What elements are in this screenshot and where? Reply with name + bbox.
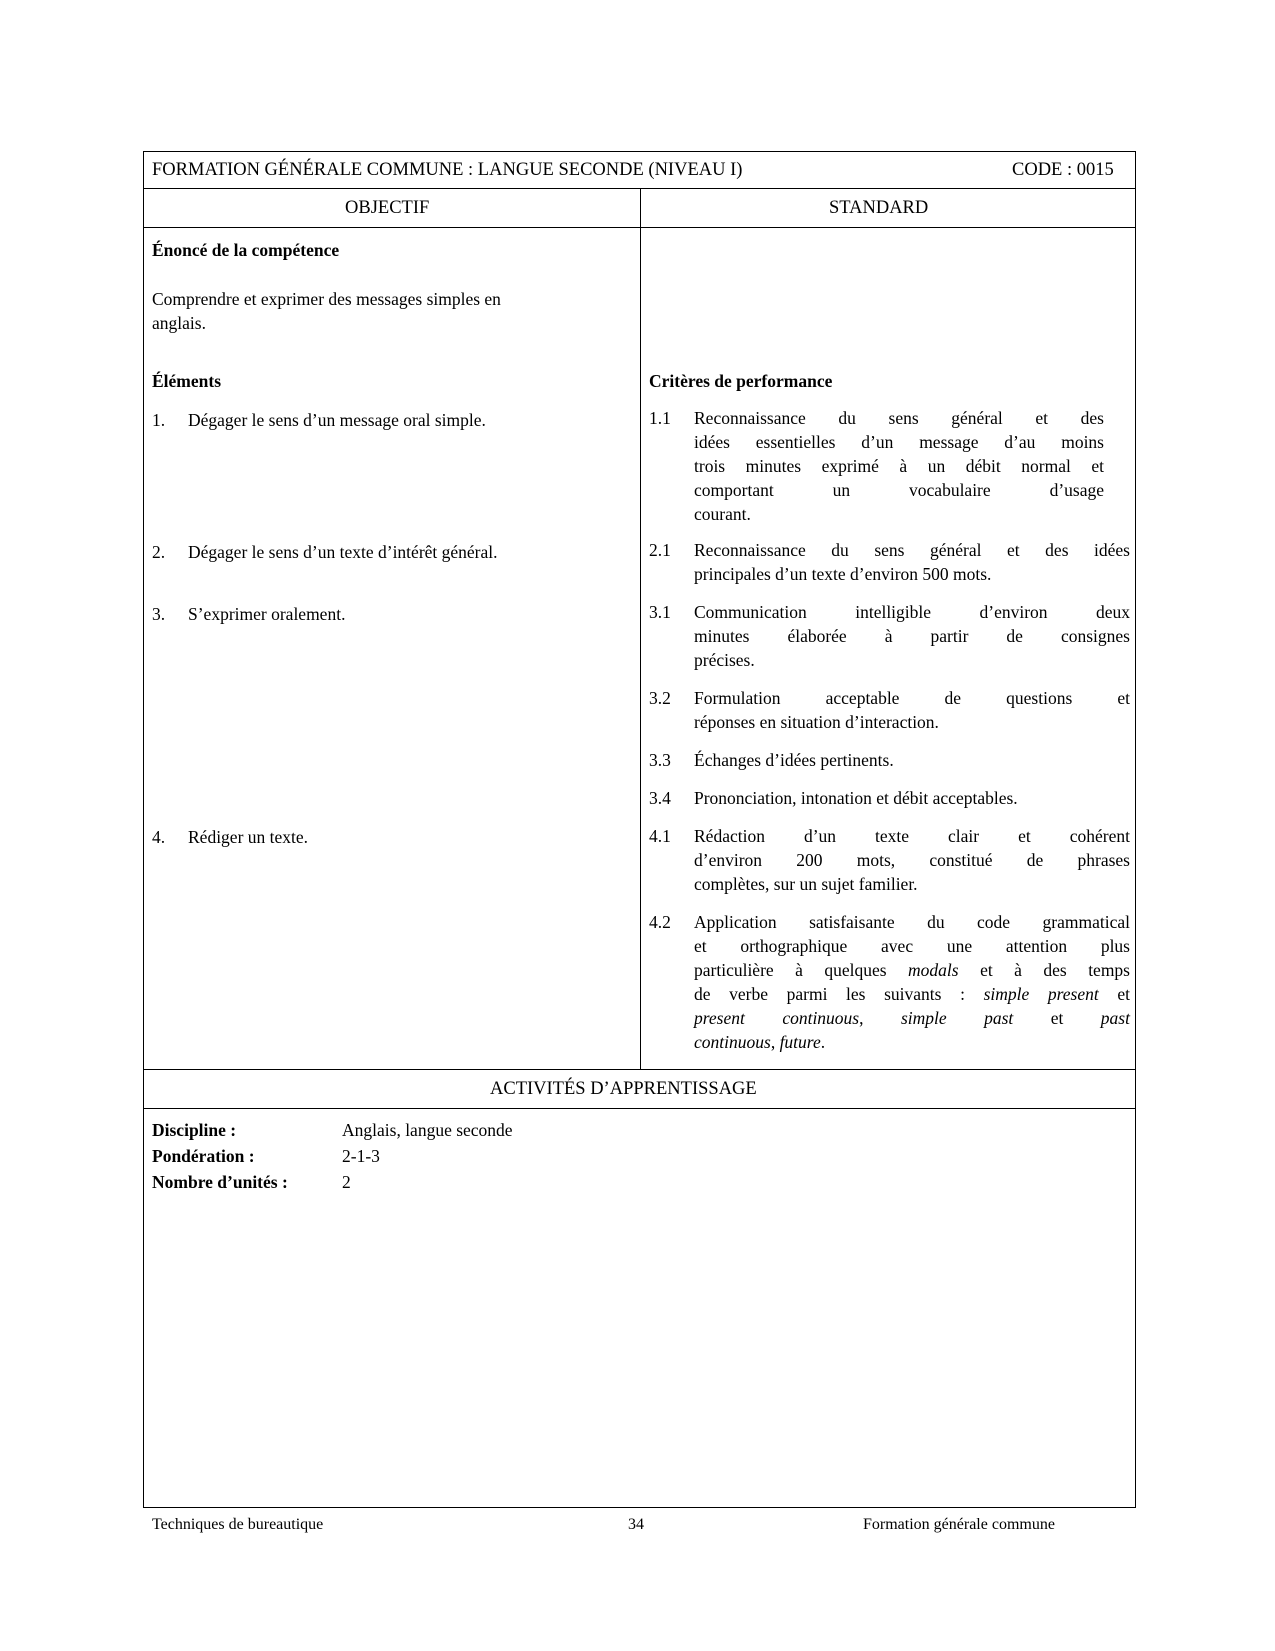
criteria-heading: Critères de performance	[649, 371, 832, 391]
criterion-line: complètes, sur un sujet familier.	[694, 872, 1130, 896]
field-label-units: Nombre d’unités :	[152, 1172, 288, 1192]
criterion-line: Reconnaissance du sens général et des id…	[694, 538, 1130, 562]
criterion-line: minutes élaborée à partir de consignes	[694, 624, 1130, 648]
footer-left: Techniques de bureautique	[152, 1515, 323, 1535]
criterion-line: principales d’un texte d’environ 500 mot…	[694, 562, 1130, 586]
criterion-line: et orthographique avec une attention plu…	[694, 934, 1130, 958]
element-text: Dégager le sens d’un texte d’intérêt gén…	[188, 542, 498, 562]
criterion-text: Rédaction d’un texte clair et cohérentd’…	[694, 824, 1130, 896]
criterion-line: comportant un vocabulaire d’usage	[694, 478, 1104, 502]
criterion-text: Application satisfaisante du code gramma…	[694, 910, 1130, 1054]
element-text: Rédiger un texte.	[188, 827, 308, 847]
criterion-line: Reconnaissance du sens général et des	[694, 406, 1104, 430]
criterion-line: Application satisfaisante du code gramma…	[694, 910, 1130, 934]
criterion-line: Formulation acceptable de questions et	[694, 686, 1130, 710]
footer-right: Formation générale commune	[863, 1515, 1055, 1535]
competency-heading: Énoncé de la compétence	[152, 240, 339, 260]
criterion-line: idées essentielles d’un message d’au moi…	[694, 430, 1104, 454]
element-text: S’exprimer oralement.	[188, 604, 345, 624]
criterion-number: 4.2	[649, 910, 671, 934]
criterion-line: de verbe parmi les suivants : simple pre…	[694, 982, 1130, 1006]
column-heading-objective: OBJECTIF	[345, 198, 429, 218]
criterion-line: Communication intelligible d’environ deu…	[694, 600, 1130, 624]
criterion-line: present continuous, simple past et past	[694, 1006, 1130, 1030]
criterion-line: Prononciation, intonation et débit accep…	[694, 786, 1130, 810]
competency-statement-line: Comprendre et exprimer des messages simp…	[152, 289, 501, 309]
element-text: Dégager le sens d’un message oral simple…	[188, 410, 486, 430]
divider	[144, 1108, 1135, 1109]
document-page: FORMATION GÉNÉRALE COMMUNE : LANGUE SECO…	[0, 0, 1275, 1651]
competency-statement-line: anglais.	[152, 313, 206, 333]
criterion-line: courant.	[694, 502, 1104, 526]
criterion-line: particulière à quelques modals et à des …	[694, 958, 1130, 982]
element-number: 4.	[152, 827, 165, 847]
criterion-text: Reconnaissance du sens général et desidé…	[694, 406, 1104, 526]
page-number: 34	[628, 1515, 644, 1535]
criterion-text: Reconnaissance du sens général et des id…	[694, 538, 1130, 586]
criterion-text: Communication intelligible d’environ deu…	[694, 600, 1130, 672]
criterion-line: trois minutes exprimé à un débit normal …	[694, 454, 1104, 478]
criterion-number: 3.3	[649, 748, 671, 772]
criterion-text: Formulation acceptable de questions etré…	[694, 686, 1130, 734]
criterion-line: d’environ 200 mots, constitué de phrases	[694, 848, 1130, 872]
element-number: 1.	[152, 410, 165, 430]
criterion-number: 2.1	[649, 538, 671, 562]
elements-heading: Éléments	[152, 371, 221, 391]
criterion-line: précises.	[694, 648, 1130, 672]
divider	[144, 1069, 1135, 1070]
field-label-weighting: Pondération :	[152, 1146, 255, 1166]
field-value-discipline: Anglais, langue seconde	[342, 1120, 513, 1140]
criterion-text: Échanges d’idées pertinents.	[694, 748, 1130, 772]
course-code: CODE : 0015	[1012, 160, 1114, 180]
criterion-number: 3.4	[649, 786, 671, 810]
criterion-text: Prononciation, intonation et débit accep…	[694, 786, 1130, 810]
element-number: 3.	[152, 604, 165, 624]
field-label-discipline: Discipline :	[152, 1120, 236, 1140]
criterion-number: 4.1	[649, 824, 671, 848]
criterion-number: 3.1	[649, 600, 671, 624]
element-number: 2.	[152, 542, 165, 562]
criterion-number: 1.1	[649, 406, 671, 430]
field-value-units: 2	[342, 1172, 351, 1192]
criterion-line: Échanges d’idées pertinents.	[694, 748, 1130, 772]
activities-heading: ACTIVITÉS D’APPRENTISSAGE	[490, 1079, 757, 1099]
course-title: FORMATION GÉNÉRALE COMMUNE : LANGUE SECO…	[152, 160, 742, 180]
field-value-weighting: 2-1-3	[342, 1146, 380, 1166]
criterion-line: continuous, future.	[694, 1030, 1130, 1054]
criterion-line: réponses en situation d’interaction.	[694, 710, 1130, 734]
criterion-line: Rédaction d’un texte clair et cohérent	[694, 824, 1130, 848]
column-divider	[640, 189, 641, 1070]
criterion-number: 3.2	[649, 686, 671, 710]
column-heading-standard: STANDARD	[829, 198, 928, 218]
